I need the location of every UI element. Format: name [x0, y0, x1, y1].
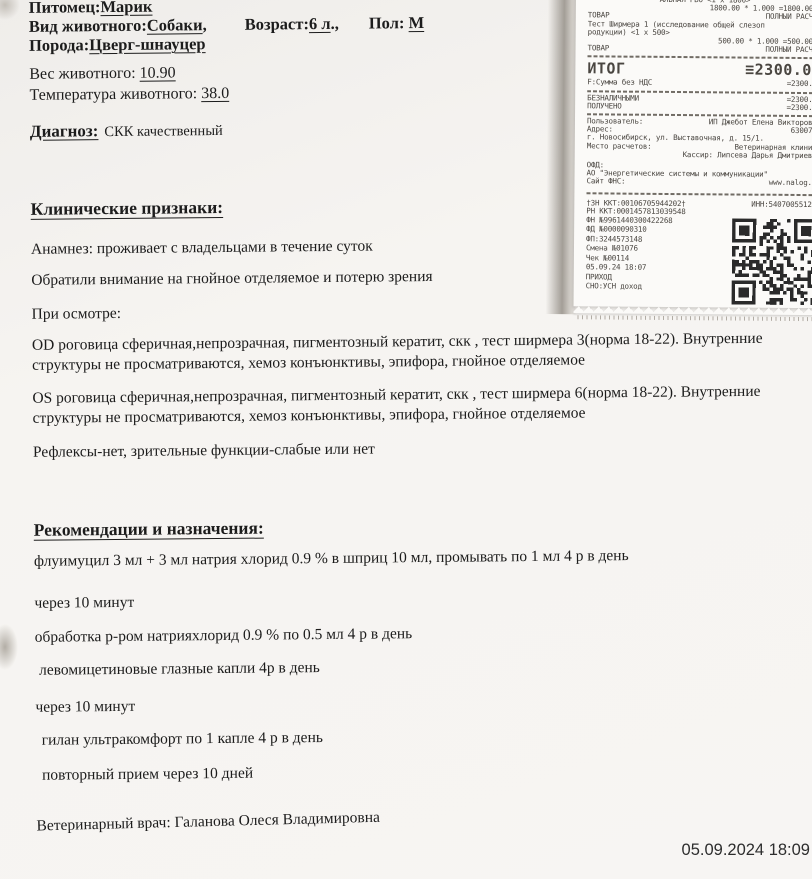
recommendation-item: через 10 минут — [35, 698, 135, 717]
receipt-address-label: Адрес: — [587, 126, 613, 134]
sex-value: М — [408, 13, 424, 32]
receipt-received-label: ПОЛУЧЕНО — [587, 102, 622, 110]
qr-code — [732, 219, 812, 306]
scanned-vet-report: { "colors": { "page_bg": "#f6f4f1", "doc… — [0, 0, 812, 879]
species-line: Вид животного:Собаки,Возраст:6 л.,Пол: М — [29, 13, 424, 37]
os-paragraph: OS роговица сферичная,непрозрачная, пигм… — [32, 381, 800, 428]
receipt-row-label: ТОВАР — [588, 45, 610, 53]
receipt-separator — [586, 192, 812, 196]
reflexes-line: Рефлексы-нет, зрительные функции-слабые … — [33, 441, 375, 462]
receipt-item2-row: ТОВАР ПОЛНЫЙ РАСЧЕТ — [588, 45, 812, 55]
recommendation-item: гилан ультракомфорт по 1 капле 4 р в ден… — [42, 729, 323, 750]
receipt-total-value: ≡2300.00 — [745, 61, 812, 80]
receipt-fiscal-block: ФН №9961440300422268 ФД №0000090310 ФП:3… — [586, 215, 812, 308]
receipt-row-value: ПОЛНЫЙ РАСЧЕТ — [765, 46, 812, 55]
pet-value: Марик — [100, 0, 152, 16]
receipt-received-row: ПОЛУЧЕНО =2300.00 — [587, 102, 812, 112]
receipt-vat-row: F:Сумма без НДС =2300.00 — [587, 79, 812, 89]
sex-label: Пол: — [369, 13, 409, 32]
breed-label: Порода: — [29, 35, 89, 55]
species-label: Вид животного: — [29, 16, 147, 36]
receipt-total-row: ИТОГ ≡2300.00 — [587, 60, 812, 80]
diagnosis-line: Диагноз:СКК качественный — [30, 120, 223, 142]
receipt-torn-edge — [573, 307, 812, 316]
temperature-line: Температура животного: 38.0 — [29, 85, 229, 105]
receipt-cashless-value: =2300.00 — [787, 96, 812, 104]
weight-value: 10.90 — [140, 64, 176, 81]
receipt-separator — [587, 113, 812, 117]
receipt: АЛЬНАЯ РВО <1 х 1800> 1800.00 * 1.000 =1… — [545, 0, 812, 321]
species-value: Собаки — [147, 15, 203, 35]
recommendation-item: левомицетиновые глазные капли 4р в день — [39, 659, 320, 680]
diagnosis-value: СКК качественный — [104, 123, 223, 140]
receipt-inn: ИНН:540700551228 — [751, 200, 812, 209]
receipt-total-label: ИТОГ — [587, 60, 625, 78]
age-label: Возраст: — [245, 14, 309, 34]
receipt-row-value: ПОЛНЫЙ РАСЧЕТ — [766, 13, 812, 22]
weight-line: Вес животного: 10.90 — [29, 64, 175, 83]
receipt-paper: АЛЬНАЯ РВО <1 х 1800> 1800.00 * 1.000 =1… — [574, 0, 812, 308]
receipt-separator — [587, 56, 812, 60]
exam-intro-line: При осмотре: — [32, 305, 122, 324]
diagnosis-label: Диагноз: — [30, 121, 99, 141]
scan-timestamp: 05.09.2024 18:09 — [682, 841, 810, 860]
clinical-title: Клинические признаки: — [31, 197, 224, 220]
recommendation-item: повторный прием через 10 дней — [42, 765, 253, 785]
weight-label: Вес животного: — [29, 65, 139, 83]
breed-value: Цверг-шнауцер — [89, 34, 206, 54]
receipt-address-zip: 630078, — [791, 127, 812, 135]
recommendation-item: флуимуцил 3 мл + 3 мл натрия хлорид 0.9 … — [34, 547, 629, 571]
receipt-fns-label: Сайт ФНС: — [586, 178, 625, 187]
receipt-fns-row: Сайт ФНС: www.nalog.ru — [586, 178, 812, 188]
doctor-line: Ветеринарный врач: Галанова Олеся Владим… — [36, 809, 380, 836]
receipt-place-label: Место расчетов: — [587, 142, 652, 151]
pet-label: Питомец: — [29, 0, 101, 17]
od-paragraph: OD роговица сферичная,непрозрачная, пигм… — [32, 328, 800, 375]
receipt-vat-value: =2300.00 — [787, 80, 812, 88]
recommendation-item: обработка р-ром натрияхлорид 0.9 % по 0.… — [35, 625, 413, 647]
complaint-line: Обратили внимание на гнойное отделяемое … — [31, 268, 432, 290]
breed-line: Порода:Цверг-шнауцер — [29, 34, 206, 56]
temperature-value: 38.0 — [201, 85, 229, 102]
anamnesis-line: Анамнез: проживает с владельцами в течен… — [31, 238, 373, 259]
species-tail: , — [202, 15, 206, 34]
receipt-separator — [587, 90, 812, 94]
age-tail: ., — [330, 14, 338, 33]
receipt-row-label: ТОВАР — [588, 12, 610, 20]
receipt-received-value: =2300.00 — [787, 104, 812, 112]
receipt-vat-label: F:Сумма без НДС — [587, 79, 652, 88]
age-value: 6 л — [309, 14, 331, 33]
receipt-fns-value: www.nalog.ru — [769, 179, 812, 188]
temperature-label: Температура животного: — [29, 85, 201, 104]
recommendation-item: через 10 минут — [34, 594, 134, 613]
receipt-cashier-row: Кассир: Липсева Дарья Дмитриевна — [587, 150, 812, 160]
receipt-user-value: ИП Джебот Елена Викторовна — [709, 118, 812, 127]
recommendations-title: Рекомендации и назначения: — [34, 518, 264, 541]
